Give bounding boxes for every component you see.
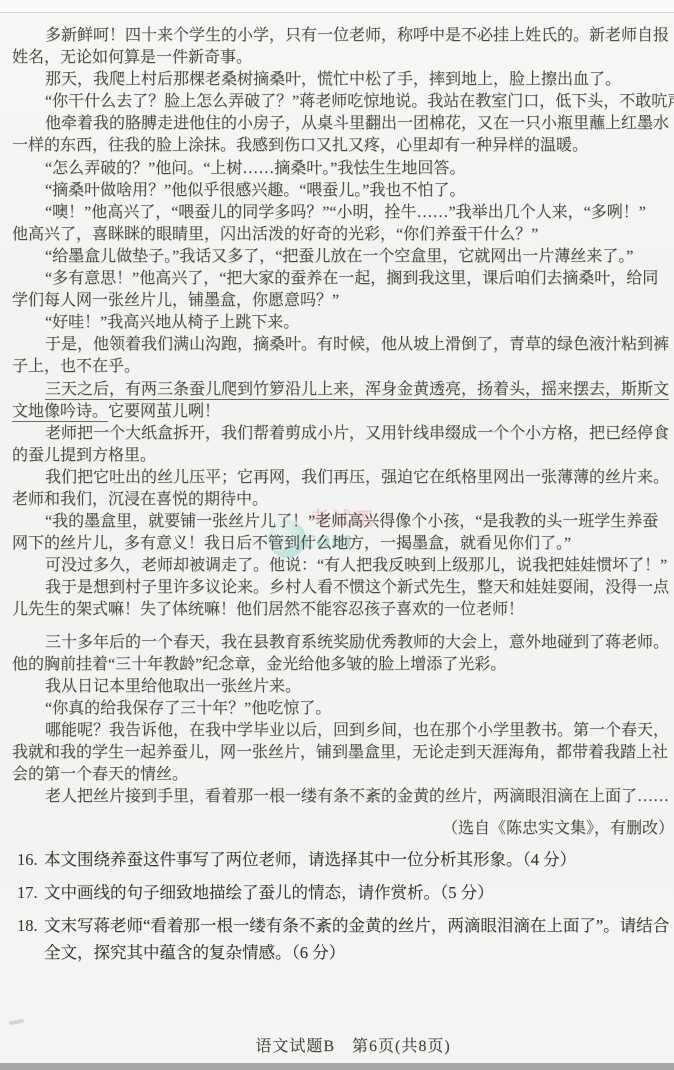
- questions: 16.本文围绕养蚕这件事写了两位老师，请选择其中一位分析其形象。（4 分）17.…: [12, 846, 674, 966]
- passage-line: 会的第一个春天的情丝。: [12, 764, 674, 786]
- passage-line: “多有意思！”他高兴了，“把大家的蚕养在一起，搁到我这里，课后咱们去摘桑叶，给同: [12, 268, 674, 290]
- passage-line: 老人把丝片接到手里，看着那一根一缕有条不紊的金黄的丝片，两滴眼泪滴在上面了……: [12, 786, 674, 808]
- passage-line: 我于是想到村子里许多议论来。乡村人看不惯这个新式先生，整天和娃娃耍闹，没得一点: [12, 577, 674, 599]
- passage-line: 于是，他领着我们满山沟跑，摘桑叶。有时候，他从坡上滑倒了，青草的绿色液汁粘到裤: [12, 334, 674, 356]
- text-segment: 于是，他领着我们满山沟跑，摘桑叶。有时候，他从坡上滑倒了，青草的绿色液汁粘到裤: [45, 336, 669, 353]
- question-number: 18.: [17, 912, 38, 939]
- passage-line: 三天之后，有两三条蚕儿爬到竹箩沿儿上来，浑身金黄透亮，扬着头，摇来摆去，斯斯文: [12, 379, 674, 401]
- passage-line: “怎么弄破的？”他问。“上树……摘桑叶。”我怯生生地回答。: [12, 158, 674, 180]
- text-segment: 会的第一个春天的情丝。: [12, 766, 188, 783]
- passage-line: 多新鲜呵！四十来个学生的小学，只有一位老师，称呼中是不必挂上姓氏的。新老师自报: [12, 25, 674, 47]
- passage-line: 老师把一个大纸盒拆开，我们帮着剪成小片，又用针线串缀成一个个小方格，把已经停食: [12, 423, 674, 445]
- text-segment: 那天，我爬上村后那棵老桑树摘桑叶，慌忙中松了手，摔到地上，脸上擦出血了。: [45, 71, 621, 88]
- text-segment: 儿先生的架式嘛！失了体统嘛！他们居然不能容忍孩子喜欢的一位老师！: [12, 601, 524, 618]
- text-segment: 网下的丝片儿，多有意义！我日后不管到什么地方，一揭墨盒，就看见你们了。”: [12, 535, 571, 552]
- passage-line: “你干什么去了？脸上怎么弄破了？”蒋老师吃惊地说。我站在教室门口，低下头，不敢吭…: [12, 91, 674, 113]
- question-16: 16.本文围绕养蚕这件事写了两位老师，请选择其中一位分析其形象。（4 分）: [12, 846, 674, 873]
- passage-line: 三十多年后的一个春天，我在县教育系统奖励优秀教师的大会上，意外地碰到了蒋老师。: [12, 632, 674, 654]
- question-18: 18.文末写蒋老师“看着那一根一缕有条不紊的金黄的丝片，两滴眼泪滴在上面了”。请…: [12, 912, 674, 966]
- text-segment: 学们每人网一张丝片儿，铺墨盒，你愿意吗？”: [12, 292, 339, 309]
- text-segment: 他的胸前挂着“三十年教龄”纪念章，金光给他多皱的脸上增添了光彩。: [12, 656, 506, 673]
- underlined-text: 三天之后，有两三条蚕儿爬到竹箩沿儿上来，浑身金黄透亮，扬着头，摇来摆去，斯斯文: [45, 381, 669, 400]
- question-17: 17.文中画线的句子细致地描绘了蚕儿的情态，请作赏析。（5 分）: [12, 879, 674, 906]
- text-segment: 的蚕儿提到方格里。: [12, 447, 156, 464]
- passage-line: “好哇！”我高兴地从椅子上跳下来。: [12, 312, 674, 334]
- question-number: 16.: [17, 846, 38, 873]
- source-attribution: （选自《陈忠实文集》，有删改）: [12, 818, 674, 840]
- text-segment: 我于是想到村子里许多议论来。乡村人看不惯这个新式先生，整天和娃娃耍闹，没得一点: [45, 579, 669, 596]
- passage-line: “我的墨盒里，就要铺一张丝片儿了！”老师高兴得像个小孩，“是我教的头一班学生养蚕: [12, 511, 674, 533]
- text-segment: 多新鲜呵！四十来个学生的小学，只有一位老师，称呼中是不必挂上姓氏的。新老师自报: [45, 27, 669, 44]
- text-segment: “你真的给我保存了三十年？”他吃惊了。: [45, 700, 331, 717]
- text-segment: “怎么弄破的？”他问。“上树……摘桑叶。”我怯生生地回答。: [45, 160, 465, 177]
- text-segment: “多有意思！”他高兴了，“把大家的蚕养在一起，搁到我这里，课后咱们去摘桑叶，给同: [45, 270, 658, 287]
- text-segment: 他高兴了，喜眯眯的眼睛里，闪出活泼的好奇的光彩，“你们养蚕干什么？”: [12, 226, 538, 243]
- question-line: 文中画线的句子细致地描绘了蚕儿的情态，请作赏析。（5 分）: [44, 879, 674, 906]
- passage-line: 文地像吟诗。它要网茧儿咧！: [12, 401, 674, 423]
- paragraph-gap: [12, 622, 674, 632]
- scan-top-edge: [0, 0, 674, 13]
- text-segment: 姓名，无论如何算是一件新奇事。: [12, 49, 252, 66]
- paragraph-gap: [12, 808, 674, 818]
- exam-page: 考试吧 .com 多新鲜呵！四十来个学生的小学，只有一位老师，称呼中是不必挂上姓…: [0, 0, 674, 1070]
- text-segment: “我的墨盒里，就要铺一张丝片儿了！”老师高兴得像个小孩，“是我教的头一班学生养蚕: [45, 513, 658, 530]
- text-segment: 老人把丝片接到手里，看着那一根一缕有条不紊的金黄的丝片，两滴眼泪滴在上面了……: [45, 788, 669, 805]
- passage-lines: 多新鲜呵！四十来个学生的小学，只有一位老师，称呼中是不必挂上姓氏的。新老师自报姓…: [12, 25, 674, 840]
- passage-line: 一样的东西，往我的脸上涂抹。我感到伤口又扎又疼，心里却有一种异样的温暖。: [12, 135, 674, 157]
- passage-line: 网下的丝片儿，多有意义！我日后不管到什么地方，一揭墨盒，就看见你们了。”: [12, 533, 674, 555]
- underlined-text: 文地像吟诗。: [12, 403, 108, 422]
- question-number: 17.: [17, 879, 38, 906]
- passage-line: 他的胸前挂着“三十年教龄”纪念章，金光给他多皱的脸上增添了光彩。: [12, 654, 674, 676]
- passage-line: 那天，我爬上村后那棵老桑树摘桑叶，慌忙中松了手，摔到地上，脸上擦出血了。: [12, 69, 674, 91]
- question-line: 本文围绕养蚕这件事写了两位老师，请选择其中一位分析其形象。（4 分）: [44, 846, 674, 873]
- text-segment: （选自《陈忠实文集》，有删改）: [442, 820, 674, 837]
- passage-line: “给墨盒儿做垫子。”我话又多了，“把蚕儿放在一个空盒里，它就网出一片薄丝来了。”: [12, 246, 674, 268]
- passage-line: “你真的给我保存了三十年？”他吃惊了。: [12, 698, 674, 720]
- text-segment: 一样的东西，往我的脸上涂抹。我感到伤口又扎又疼，心里却有一种异样的温暖。: [12, 137, 588, 154]
- passage-line: “摘桑叶做啥用？”他似乎很感兴趣。“喂蚕儿。”我也不怕了。: [12, 180, 674, 202]
- passage-line: 可没过多久，老师却被调走了。他说：“有人把我反映到上级那儿，说我把娃娃惯坏了！”: [12, 555, 674, 577]
- passage-line: 老师和我们，沉浸在喜悦的期待中。: [12, 489, 674, 511]
- text-segment: 哪能呢？我告诉他，在我中学毕业以后，回到乡间，也在那个小学里教书。第一个春天，: [45, 722, 669, 739]
- passage-line: 的蚕儿提到方格里。: [12, 445, 674, 467]
- text-segment: 老师把一个大纸盒拆开，我们帮着剪成小片，又用针线串缀成一个个小方格，把已经停食: [45, 425, 669, 442]
- text-segment: 三十多年后的一个春天，我在县教育系统奖励优秀教师的大会上，意外地碰到了蒋老师。: [45, 634, 669, 651]
- passage-line: 我从日记本里给他取出一张丝片来。: [12, 676, 674, 698]
- passage-line: 我就和我的学生一起养蚕儿，网一张丝片，铺到墨盒里，无论走到天涯海角，都带着我踏上…: [12, 742, 674, 764]
- text-segment: 老师和我们，沉浸在喜悦的期待中。: [12, 491, 268, 508]
- passage-line: 学们每人网一张丝片儿，铺墨盒，你愿意吗？”: [12, 290, 674, 312]
- scan-smudge: [9, 1019, 24, 1026]
- question-line: 文末写蒋老师“看着那一根一缕有条不紊的金黄的丝片，两滴眼泪滴在上面了”。请结合: [44, 912, 674, 939]
- text-segment: 我就和我的学生一起养蚕儿，网一张丝片，铺到墨盒里，无论走到天涯海角，都带着我踏上…: [12, 744, 668, 761]
- text-segment: “摘桑叶做啥用？”他似乎很感兴趣。“喂蚕儿。”我也不怕了。: [45, 182, 465, 199]
- passage-line: 姓名，无论如何算是一件新奇事。: [12, 47, 674, 69]
- passage-line: 儿先生的架式嘛！失了体统嘛！他们居然不能容忍孩子喜欢的一位老师！: [12, 599, 674, 621]
- page-footer: 语文试题B 第6页(共8页): [0, 1033, 674, 1056]
- passage-line: 子上，也不在乎。: [12, 356, 674, 378]
- text-segment: 我们把它吐出的丝儿压平；它再网，我们再压，强迫它在纸格里网出一张薄薄的丝片来。: [45, 469, 669, 486]
- passage-line: 哪能呢？我告诉他，在我中学毕业以后，回到乡间，也在那个小学里教书。第一个春天，: [12, 720, 674, 742]
- passage-line: 他高兴了，喜眯眯的眼睛里，闪出活泼的好奇的光彩，“你们养蚕干什么？”: [12, 224, 674, 246]
- question-line: 全文，探究其中蕴含的复杂情感。（6 分）: [44, 939, 674, 966]
- passage-line: “噢！”他高兴了，“喂蚕儿的同学多吗？”“小明，拴牛……”我举出几个人来，“多咧…: [12, 202, 674, 224]
- text-segment: 我从日记本里给他取出一张丝片来。: [45, 678, 301, 695]
- scan-bottom-edge: [0, 1063, 674, 1070]
- passage-line: 他牵着我的胳膊走进他住的小房子，从桌斗里翻出一团棉花，又在一只小瓶里蘸上红墨水: [12, 113, 674, 135]
- text-segment: 它要网茧儿咧！: [108, 403, 220, 420]
- passage-line: 我们把它吐出的丝儿压平；它再网，我们再压，强迫它在纸格里网出一张薄薄的丝片来。: [12, 467, 674, 489]
- text-segment: “你干什么去了？脸上怎么弄破了？”蒋老师吃惊地说。我站在教室门口，低下头，不敢吭…: [45, 93, 674, 110]
- text-segment: “噢！”他高兴了，“喂蚕儿的同学多吗？”“小明，拴牛……”我举出几个人来，“多咧…: [45, 204, 646, 221]
- text-segment: 他牵着我的胳膊走进他住的小房子，从桌斗里翻出一团棉花，又在一只小瓶里蘸上红墨水: [45, 115, 669, 132]
- text-segment: 可没过多久，老师却被调走了。他说：“有人把我反映到上级那儿，说我把娃娃惯坏了！”: [45, 557, 667, 574]
- text-segment: 子上，也不在乎。: [12, 358, 140, 375]
- text-segment: “好哇！”我高兴地从椅子上跳下来。: [45, 314, 299, 331]
- text-segment: “给墨盒儿做垫子。”我话又多了，“把蚕儿放在一个空盒里，它就网出一片薄丝来了。”: [45, 248, 633, 265]
